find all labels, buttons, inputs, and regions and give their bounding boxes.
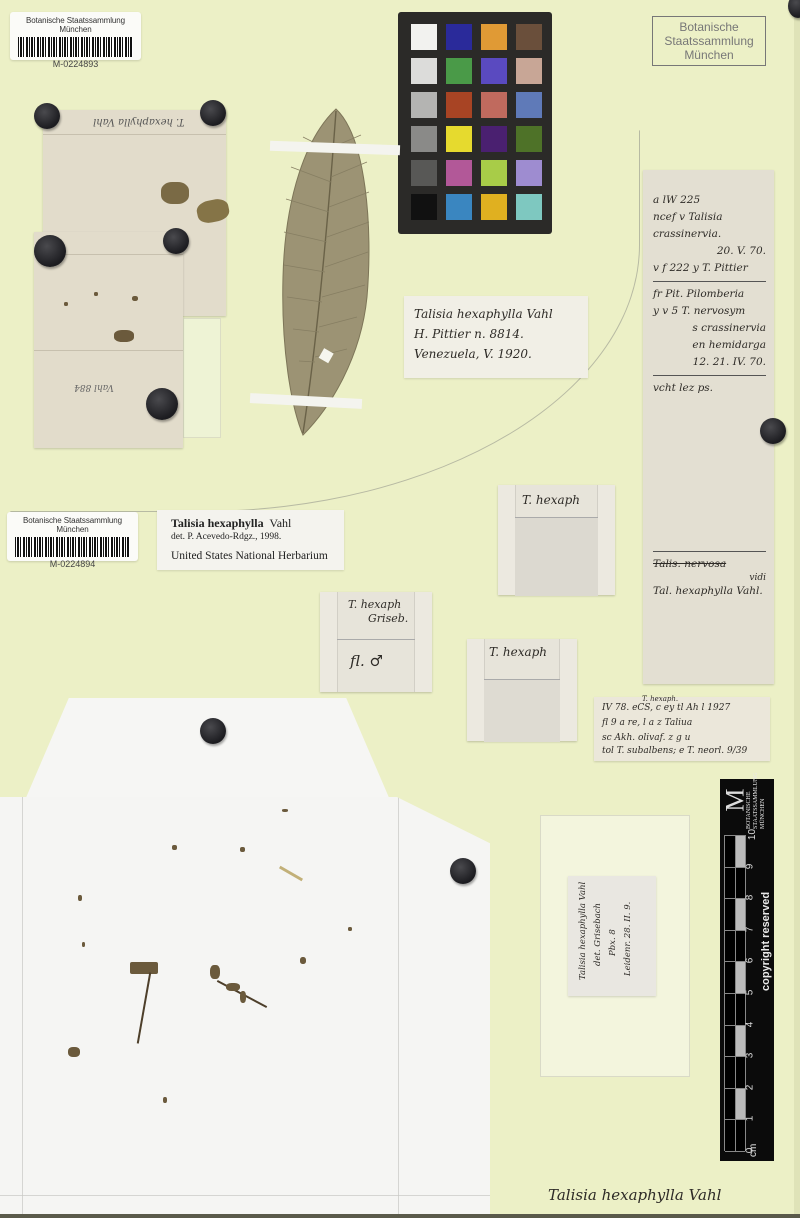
packet-label: T. hexaph Griseb. <box>348 598 408 626</box>
divider <box>653 281 766 282</box>
sleeve-line: Leidenr. 28. II. 9. <box>621 868 636 980</box>
stamp-line: München <box>657 48 761 62</box>
color-swatch <box>481 92 507 118</box>
stamp-line: Staatssammlung <box>657 34 761 48</box>
color-swatch <box>481 24 507 50</box>
specimen-fragment <box>279 866 303 882</box>
ruler-segment <box>725 836 745 868</box>
specimen-fragment <box>226 983 240 991</box>
barcode-number: M-0224893 <box>10 59 141 69</box>
specimen-fragment <box>300 957 306 964</box>
packet-note: T. hexaphylla Vahl <box>93 116 184 127</box>
color-swatch <box>516 24 542 50</box>
determination-label: Talisia hexaphylla Vahl det. P. Acevedo-… <box>157 510 344 570</box>
struck-determination: Talis. nervosa <box>653 556 766 573</box>
specimen-fragment <box>240 847 245 852</box>
ruler-segment <box>725 868 745 900</box>
barcode-label-2: Botanische Staatssammlung München M-0224… <box>7 512 138 561</box>
institution-logo-icon: M <box>721 788 751 811</box>
packet-label-line: T. hexaph <box>348 598 408 612</box>
magnet <box>788 0 800 18</box>
ruler-tick-label: 2 <box>744 1085 755 1091</box>
spacer <box>653 397 766 547</box>
ruler-segment <box>725 931 745 963</box>
specimen-fragment <box>210 965 220 979</box>
annotation-line: ncef v Talisia <box>653 209 766 226</box>
magnet <box>200 100 226 126</box>
note-line: tol T. subalbens; e T. neorl. 9/39 <box>602 746 762 756</box>
ruler-copyright: copyright reserved <box>760 892 772 991</box>
barcode-bars <box>15 537 130 557</box>
color-swatch <box>411 58 437 84</box>
annotation-line: y v 5 T. nervosym <box>653 303 766 320</box>
ruler-logo-line: MÜNCHEN <box>760 772 767 829</box>
packet-flap <box>559 639 577 741</box>
annotation-date: 12. 21. IV. 70. <box>653 354 766 371</box>
barcode-label-1: Botanische Staatssammlung München M-0224… <box>10 12 141 60</box>
envelope-crease <box>22 797 23 1218</box>
magnet <box>34 103 60 129</box>
specimen-fragment <box>348 927 352 931</box>
ruler-tick-label: 3 <box>744 1053 755 1059</box>
specimen-fragment <box>78 895 82 901</box>
det-determiner: det. P. Acevedo-Rdgz., 1998. <box>171 532 330 542</box>
specimen-fragment <box>240 991 246 1003</box>
sheet-taxon-handwritten: Talisia hexaphylla Vahl <box>548 1186 721 1204</box>
collector-taxon: Talisia hexaphylla Vahl <box>414 304 578 324</box>
annotation-label-tall: a lW 225 ncef v Talisia crassinervia. 20… <box>643 170 774 684</box>
barcode-institution: Botanische Staatssammlung München <box>7 512 138 534</box>
ruler-segment <box>725 899 745 931</box>
specimen-fragment <box>82 942 85 947</box>
packet-flap <box>597 485 615 595</box>
det-author: Vahl <box>269 516 291 530</box>
sleeve-line: Pbx. 8 <box>606 868 621 980</box>
color-swatch <box>481 58 507 84</box>
ruler-segment <box>725 1057 745 1089</box>
color-swatch <box>411 92 437 118</box>
scale-ruler: BOTANISCHE STAATSSAMMLUNG MÜNCHEN M 0123… <box>720 779 774 1161</box>
color-swatch <box>516 58 542 84</box>
sleeve-label-text: Talisia hexaphylla Vahl det. Grisebach P… <box>576 868 636 980</box>
ruler-tick-labels: 012345678910 <box>747 835 759 1151</box>
annotation-line: v f 222 y T. Pittier <box>653 260 766 277</box>
divider <box>653 551 766 552</box>
ruler-segment <box>725 994 745 1026</box>
color-swatch <box>411 24 437 50</box>
ruler-tick-label: 4 <box>744 1021 755 1027</box>
magnet <box>760 418 786 444</box>
fragment-packet-2: T. hexaph Griseb. fl. ♂ <box>320 592 432 692</box>
packet-label: T. hexaph <box>522 493 580 507</box>
color-swatch <box>446 58 472 84</box>
annotation-line: a lW 225 <box>653 192 766 209</box>
envelope-body <box>0 797 490 1218</box>
specimen-fragment <box>130 962 158 974</box>
note-line: fl 9 a re, l a z Taliua <box>602 716 762 731</box>
ruler-tick-label: 6 <box>744 958 755 964</box>
ruler-scale-bar <box>724 835 746 1151</box>
annotation-line: crassinervia. <box>653 226 766 243</box>
ruler-logo-line: STAATSSAMMLUNG <box>753 772 760 829</box>
sheet-edge <box>794 0 800 1218</box>
collector-locality-date: Venezuela, V. 1920. <box>414 344 578 364</box>
divider <box>653 375 766 376</box>
sheet-bottom-edge <box>0 1214 800 1218</box>
ruler-segment <box>725 1026 745 1058</box>
envelope-crease <box>398 797 399 1218</box>
annotation-line: fr Pit. Pilomberia <box>653 286 766 303</box>
fragment-packet-1: T. hexaph <box>498 485 615 595</box>
packet-pocket <box>484 679 560 742</box>
barcode-bars <box>18 37 133 57</box>
annotation-line: s crassinervia <box>653 320 766 337</box>
annotation-line: vcht lez ps. <box>653 380 766 397</box>
annotation-vidi: vidi <box>653 573 766 583</box>
ruler-tick-label: 1 <box>744 1116 755 1122</box>
sleeve-label: Talisia hexaphylla Vahl det. Grisebach P… <box>568 876 656 996</box>
det-taxon-line: Talisia hexaphylla Vahl <box>171 516 330 531</box>
packet-pocket <box>515 517 598 596</box>
annotation-label-small: T. hexaph. IV 78. eCS, c ey tl Ah l 1927… <box>594 697 770 761</box>
packet-label: T. hexaph <box>489 645 547 659</box>
ruler-tick-label: 9 <box>744 863 755 869</box>
ruler-tick-label: 7 <box>744 927 755 933</box>
specimen-fragment <box>282 809 288 812</box>
color-swatch <box>516 92 542 118</box>
stamp-line: Botanische <box>657 20 761 34</box>
packet-flower-note: fl. ♂ <box>350 652 383 670</box>
magnet <box>200 718 226 744</box>
annotation-date: 20. V. 70. <box>653 243 766 260</box>
collector-label: Talisia hexaphylla Vahl H. Pittier n. 88… <box>404 296 588 378</box>
ruler-unit: cm <box>748 1144 759 1157</box>
fragment-packet-3: T. hexaph <box>467 639 577 741</box>
specimen-stem <box>137 972 151 1043</box>
packet-fold <box>337 639 415 640</box>
ruler-segment <box>725 1120 745 1152</box>
det-taxon: Talisia hexaphylla <box>171 516 264 530</box>
institution-stamp: Botanische Staatssammlung München <box>652 16 766 66</box>
ruler-tick-label: 5 <box>744 990 755 996</box>
annotation-line: en hemidarga <box>653 337 766 354</box>
envelope-flap <box>25 698 390 800</box>
envelope-crease <box>0 1195 490 1196</box>
sleeve-line: Talisia hexaphylla Vahl <box>576 868 591 980</box>
specimen-fragment <box>172 845 177 850</box>
note-line: IV 78. eCS, c ey tl Ah l 1927 <box>602 701 762 716</box>
packet-label-line: Griseb. <box>348 612 408 626</box>
barcode-number: M-0224894 <box>7 559 138 569</box>
barcode-institution: Botanische Staatssammlung München <box>10 12 141 34</box>
packet-flap <box>320 592 338 692</box>
final-determination: Tal. hexaphylla Vahl. <box>653 583 766 600</box>
ruler-tick-label: 8 <box>744 895 755 901</box>
note-line: sc Akh. olivaf. z g u <box>602 731 762 746</box>
sleeve-line: det. Grisebach <box>591 868 606 980</box>
ruler-segment <box>725 1089 745 1121</box>
ruler-segment <box>725 962 745 994</box>
specimen-fragment <box>163 1097 167 1103</box>
collector-number: H. Pittier n. 8814. <box>414 324 578 344</box>
packet-flap <box>414 592 432 692</box>
packet-flap <box>467 639 485 741</box>
magnet <box>450 858 476 884</box>
packet-flap <box>498 485 516 595</box>
det-institution: United States National Herbarium <box>171 550 330 562</box>
note-header: T. hexaph. <box>642 695 678 703</box>
ruler-tick-label: 10 <box>747 829 758 840</box>
color-swatch <box>446 92 472 118</box>
color-swatch <box>446 24 472 50</box>
specimen-fragment <box>68 1047 80 1057</box>
